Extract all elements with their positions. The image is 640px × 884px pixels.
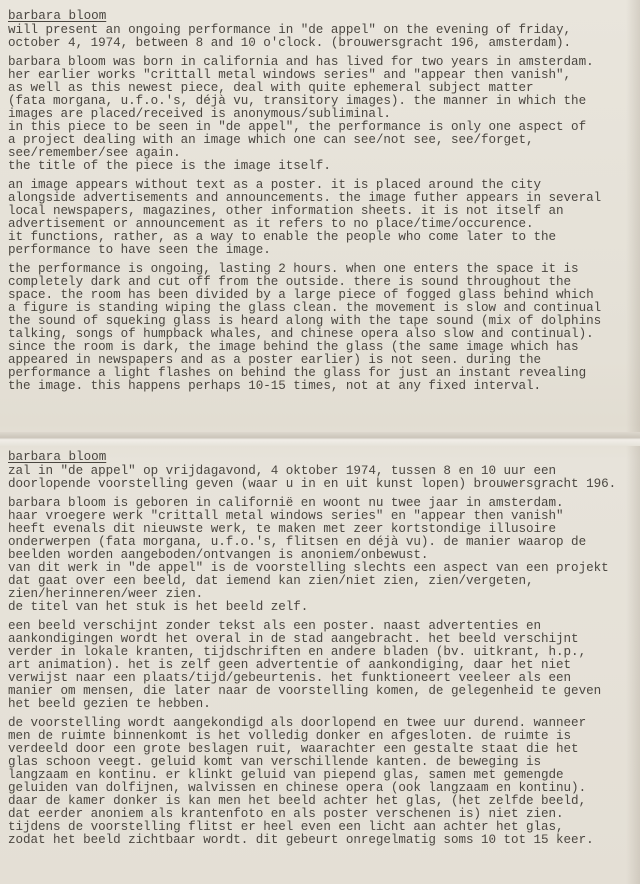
text-line: performance to have seen the image. — [8, 244, 636, 257]
english-paragraph-4: the performance is ongoing, lasting 2 ho… — [8, 263, 636, 393]
text-line: the title of the piece is the image itse… — [8, 160, 636, 173]
english-paragraph-1: will present an ongoing performance in "… — [8, 24, 636, 50]
english-paragraph-3: an image appears without text as a poste… — [8, 179, 636, 257]
english-paragraph-2: barbara bloom was born in california and… — [8, 56, 636, 173]
typewritten-sheet: barbara bloom will present an ongoing pe… — [0, 0, 640, 884]
dutch-paragraph-4: de voorstelling wordt aangekondigd als d… — [8, 717, 636, 847]
text-line: doorlopende voorstelling geven (waar u i… — [8, 478, 636, 491]
text-line: the image. this happens perhaps 10-15 ti… — [8, 380, 636, 393]
dutch-paragraph-1: zal in "de appel" op vrijdagavond, 4 okt… — [8, 465, 636, 491]
dutch-section: barbara bloom zal in "de appel" op vrijd… — [8, 447, 636, 853]
dutch-paragraph-3: een beeld verschijnt zonder tekst als ee… — [8, 620, 636, 711]
text-line: zodat het beeld zichtbaar wordt. dit geb… — [8, 834, 636, 847]
text-line: het beeld gezien te hebben. — [8, 698, 636, 711]
text-line: de titel van het stuk is het beeld zelf. — [8, 601, 636, 614]
dutch-heading: barbara bloom — [8, 451, 106, 464]
paper-fold-line — [0, 432, 640, 446]
text-line: october 4, 1974, between 8 and 10 o'cloc… — [8, 37, 636, 50]
english-section: barbara bloom will present an ongoing pe… — [8, 6, 636, 399]
english-heading: barbara bloom — [8, 10, 106, 23]
dutch-paragraph-2: barbara bloom is geboren in californië e… — [8, 497, 636, 614]
